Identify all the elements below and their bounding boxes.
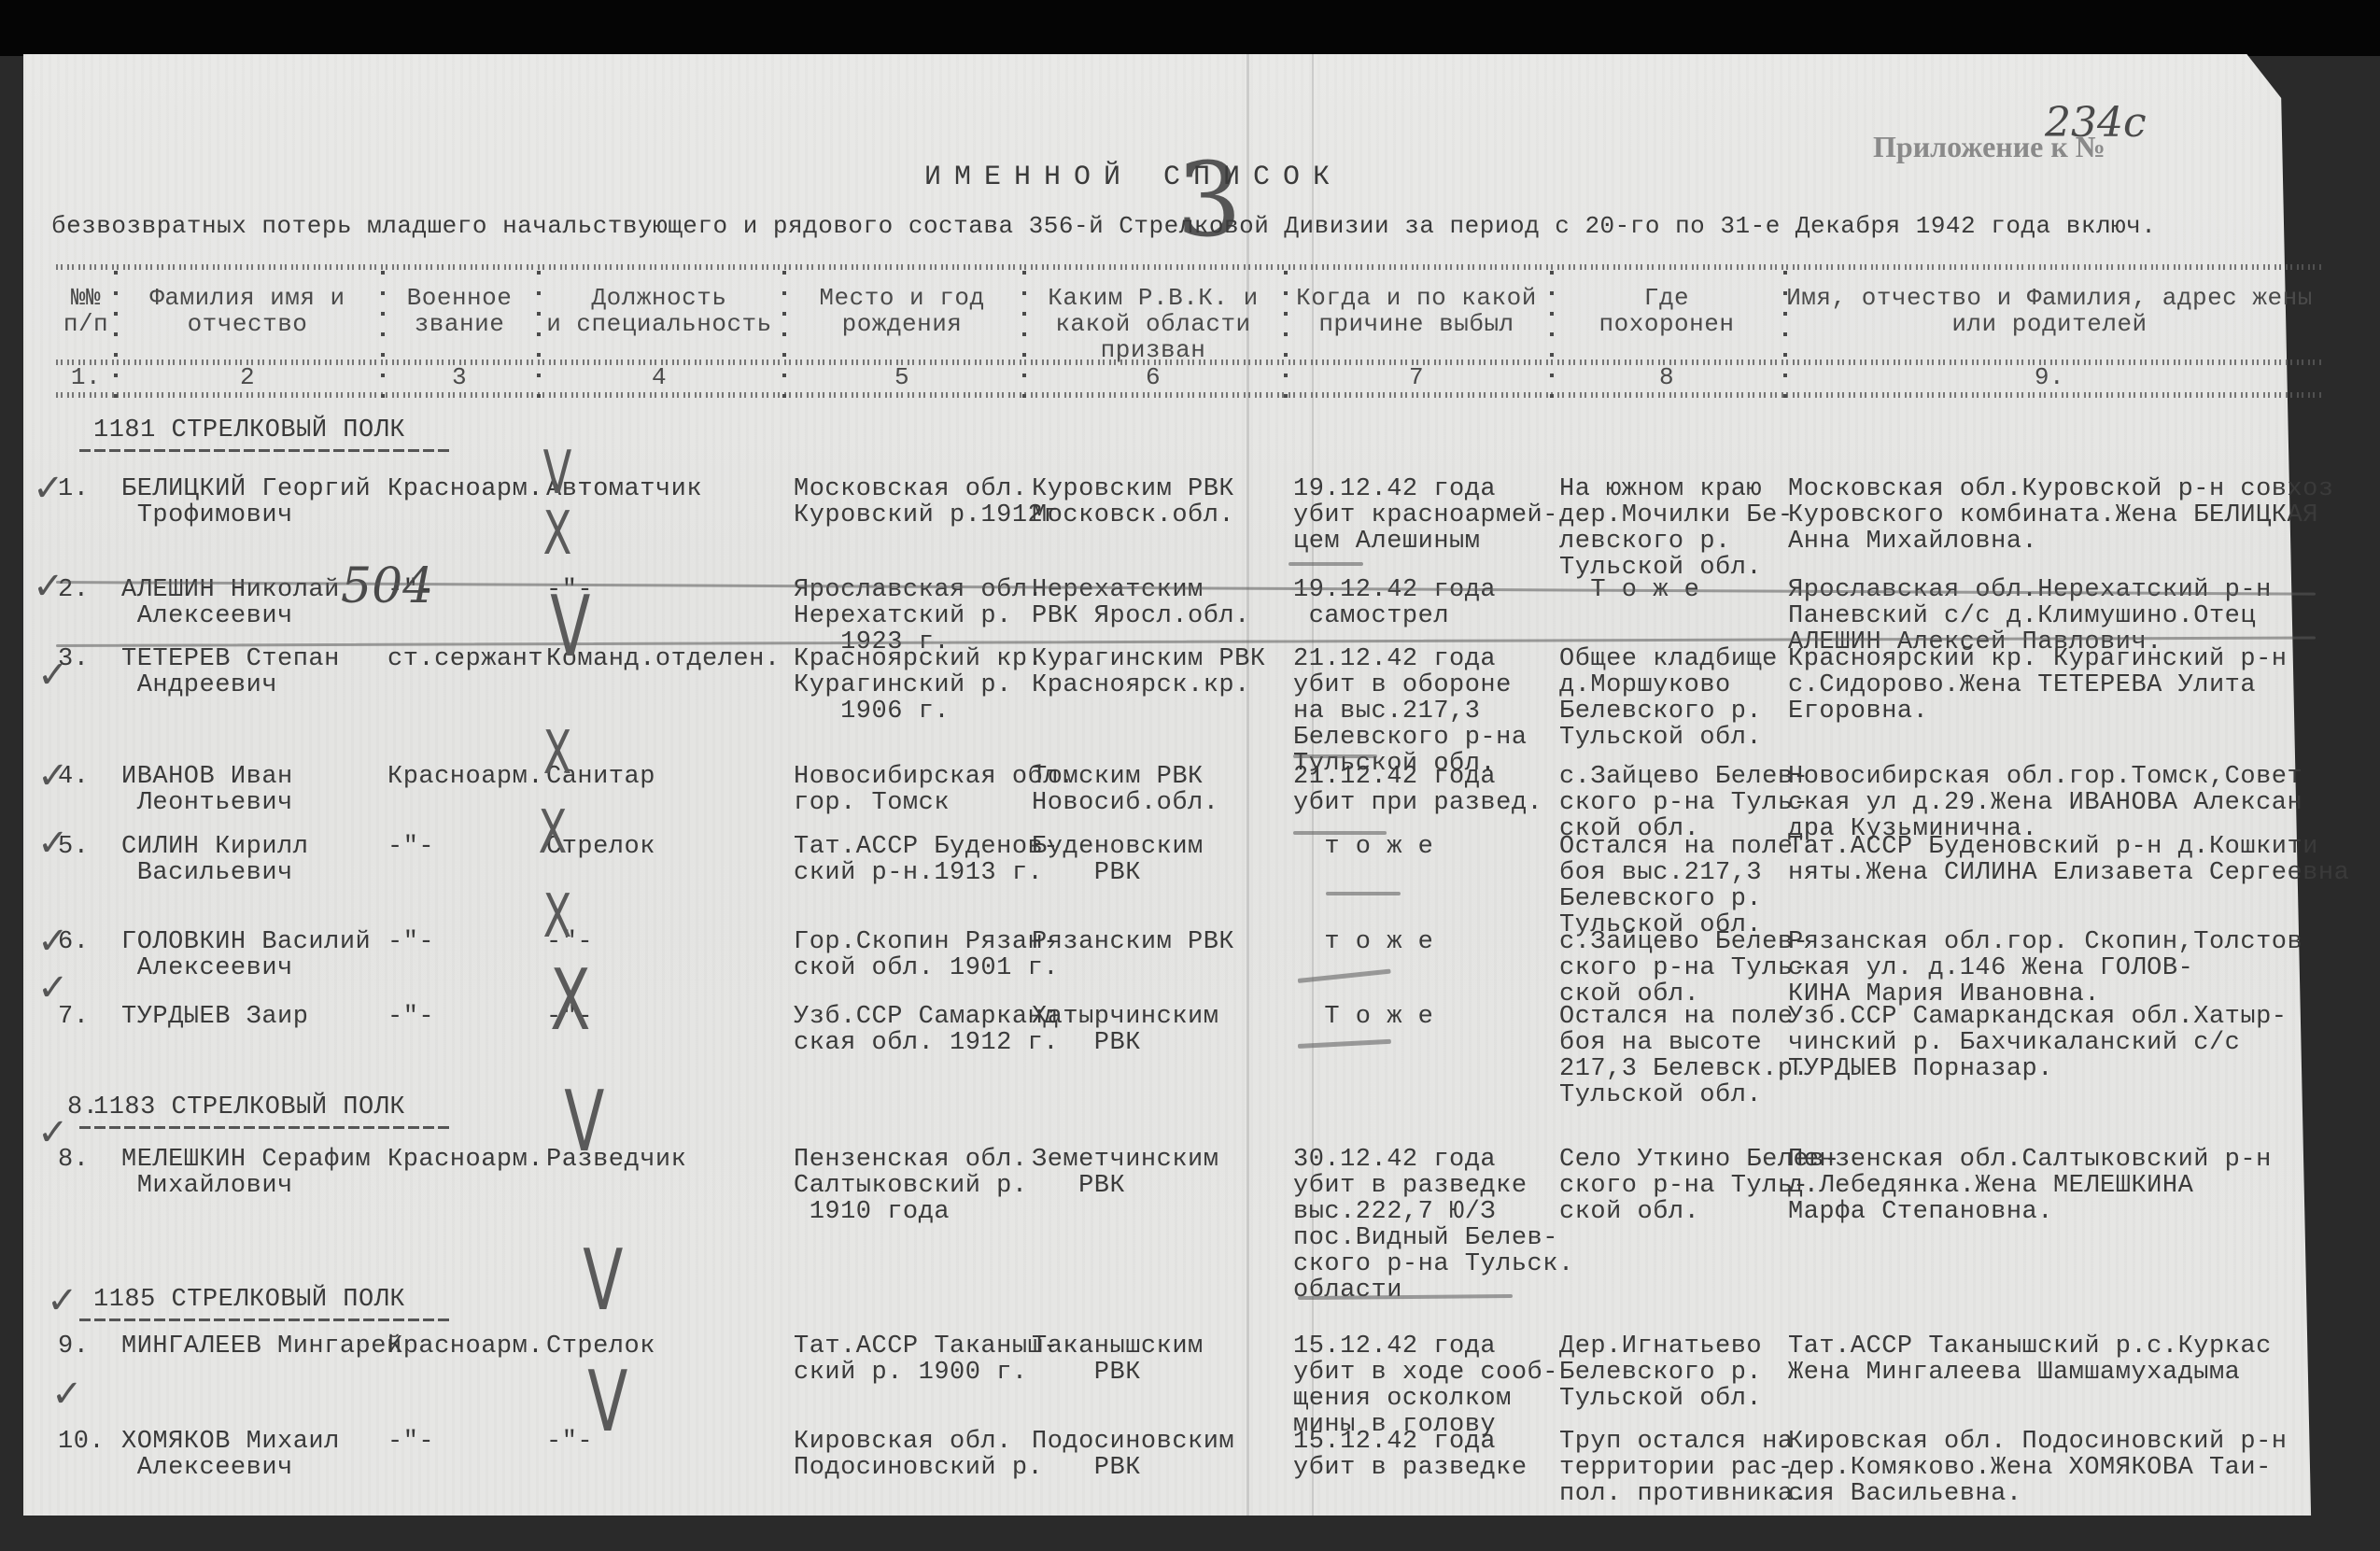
cell-col-rvk: Буденовским РВК [1032, 834, 1204, 886]
cell-col-buried: Остался на поле боя на высоте 217,3 Беле… [1559, 1004, 1809, 1108]
column-number-col-rvk: 6 [1146, 364, 1161, 390]
header-rule-bottom [56, 392, 2324, 398]
cell-col-buried: с.Зайцево Белев- ского р-на Туль- ской о… [1559, 929, 1809, 1008]
cell-col-when: 19.12.42 года убит красноармей- цем Алеш… [1293, 476, 1558, 555]
check-mark-icon: V [564, 1093, 604, 1152]
check-mark-icon: X [543, 724, 572, 783]
scan-background [0, 0, 2380, 56]
cell-col-name: ТЕТЕРЕВ Степан Андреевич [121, 646, 340, 698]
column-header-col-when: Когда и по какой причине выбыл [1296, 285, 1537, 337]
column-header-col-rvk: Каким Р.В.К. и какой области призван [1048, 285, 1258, 363]
cell-col-birth: Пензенская обл. Салтыковский р. 1910 год… [794, 1147, 1028, 1225]
cell-col-kin: Рязанская обл.гор. Скопин,Толстов ская у… [1788, 929, 2303, 1008]
cell-col-buried: с.Зайцево Белев- ского р-на Туль- ской о… [1559, 764, 1809, 842]
column-number-col-rank: 3 [452, 364, 467, 390]
regiment-underline [79, 1318, 453, 1321]
column-header-col-num: №№ п/п [63, 285, 108, 337]
page-subtitle: безвозвратных потерь младшего начальству… [51, 213, 2156, 239]
column-number-col-name: 2 [240, 364, 255, 390]
cell-col-birth: Красноярский кр. Курагинский р. 1906 г. [794, 646, 1043, 725]
regiment-underline [79, 1126, 453, 1129]
cell-col-rvk: Рязанским РВК [1032, 929, 1234, 955]
tick-icon: ✓ [33, 565, 64, 608]
cell-col-buried: Остался на поле боя выс.217,3 Белевского… [1559, 834, 1794, 938]
tick-icon: ✓ [37, 1111, 69, 1154]
column-header-col-position: Должность и специальность [546, 285, 772, 337]
cell-col-kin: Пензенская обл.Салтыковский р-н д.Лебедя… [1788, 1147, 2272, 1225]
column-number-col-position: 4 [652, 364, 667, 390]
cell-col-when: 19.12.42 года самострел [1293, 577, 1496, 629]
cell-col-rvk: Таканышским РВК [1032, 1333, 1204, 1386]
cell-col-birth: Тат.АССР Таканыш- ский р. 1900 г. [794, 1333, 1059, 1386]
tick-icon: ✓ [37, 920, 69, 963]
cell-col-kin: Новосибирская обл.гор.Томск,Совет ская у… [1788, 764, 2303, 842]
cell-col-when: Т о ж е [1293, 1004, 1433, 1030]
cell-col-num: 9. [58, 1333, 89, 1360]
check-mark-icon: V [583, 1251, 623, 1311]
cell-col-kin: Кировская обл. Подосиновский р-н дер.Ком… [1788, 1429, 2287, 1507]
cell-col-rvk: Томским РВК Новосиб.обл. [1032, 764, 1218, 816]
regiment-heading: 1181 СТРЕЛКОВЫЙ ПОЛК [93, 417, 405, 444]
column-number-col-num: 1. [71, 364, 101, 390]
cell-col-rvk: Хатырчинским РВК [1032, 1004, 1218, 1056]
cell-col-rank: Красноарм. [387, 476, 543, 502]
cell-col-kin: Тат.АССР Таканышский р.с.Куркас Жена Мин… [1788, 1333, 2272, 1386]
column-separator [782, 271, 786, 402]
column-separator [1022, 271, 1026, 402]
cell-col-rank: Красноарм. [387, 1333, 543, 1360]
header-rule-top [56, 264, 2324, 270]
cell-col-name: СИЛИН Кирилл Васильевич [121, 834, 308, 886]
cell-col-when: т о ж е [1293, 834, 1433, 860]
cell-col-kin: Московская обл.Куровской р-н совхоз Куро… [1788, 476, 2334, 555]
cell-col-rank: ст.сержант [387, 646, 543, 672]
cell-col-name: ТУРДЫЕВ Заир [121, 1004, 308, 1030]
cell-col-name: МИНГАЛЕЕВ Мингарей [121, 1333, 402, 1360]
column-separator [537, 271, 541, 402]
cell-col-buried: На южном краю дер.Мочилки Бе- левского р… [1559, 476, 1794, 581]
cell-col-kin: Узб.ССР Самаркандская обл.Хатыр- чинский… [1788, 1004, 2287, 1082]
cell-col-kin: Красноярский кр. Курагинский р-н с.Сидор… [1788, 646, 2287, 725]
cell-col-name: МЕЛЕШКИН Серафим Михайлович [121, 1147, 371, 1199]
cell-col-rvk: Куровским РВК Московск.обл. [1032, 476, 1234, 529]
cell-col-birth: Кировская обл. Подосиновский р. [794, 1429, 1043, 1481]
cell-col-when: 15.12.42 года убит в ходе сооб- щения ос… [1293, 1333, 1558, 1438]
cell-col-buried: Труп остался на территории рас- пол. про… [1559, 1429, 1809, 1507]
cell-col-name: ХОМЯКОВ Михаил Алексеевич [121, 1429, 340, 1481]
check-mark-icon: V [587, 1373, 627, 1432]
tick-icon: ✓ [37, 754, 69, 797]
column-header-col-name: Фамилия имя и отчество [149, 285, 345, 337]
check-mark-icon: X [550, 971, 590, 1031]
tick-icon: ✓ [37, 966, 69, 1009]
column-header-col-buried: Где похоронен [1599, 285, 1735, 337]
cell-col-rvk: Нерехатским РВК Яросл.обл. [1032, 577, 1250, 629]
margin-number: 8. [67, 1094, 98, 1121]
tick-icon: ✓ [33, 467, 64, 510]
cell-col-rvk: Земетчинским РВК [1032, 1147, 1218, 1199]
cell-col-num: 10. [58, 1429, 105, 1455]
check-mark-icon: X [543, 887, 572, 947]
column-number-col-buried: 8 [1659, 364, 1674, 390]
check-mark-icon: X [543, 504, 572, 564]
check-mark-icon: V [543, 444, 572, 503]
pencil-strike [1293, 754, 1377, 758]
check-mark-icon: V [550, 598, 590, 657]
column-header-col-birth: Место и год рождения [819, 285, 984, 337]
column-header-col-rank: Военное звание [407, 285, 513, 337]
sheet-number: 3 [1176, 140, 1242, 260]
tick-icon: ✓ [51, 1373, 83, 1416]
tick-icon: ✓ [47, 1279, 78, 1322]
cell-col-rank: Красноарм. [387, 764, 543, 790]
column-separator [114, 271, 118, 402]
cell-col-rank: -"- [387, 1004, 434, 1030]
column-separator [1284, 271, 1288, 402]
tick-icon: ✓ [37, 822, 69, 865]
appendix-number: 234с [2045, 99, 2147, 147]
tick-icon: ✓ [37, 654, 69, 697]
cell-col-buried: Общее кладбище д.Моршуково Белевского р.… [1559, 646, 1778, 751]
cell-col-kin: Ярославская обл.Нерехатский р-н Паневски… [1788, 577, 2272, 656]
cell-col-name: ИВАНОВ Иван Леонтьевич [121, 764, 293, 816]
cell-col-when: 21.12.42 года убит при развед. [1293, 764, 1542, 816]
cell-col-when: т о ж е [1293, 929, 1433, 955]
column-number-col-birth: 5 [894, 364, 909, 390]
cell-col-rank: Красноарм. [387, 1147, 543, 1173]
cell-col-birth: Узб.ССР Самарканд ская обл. 1912 г. [794, 1004, 1059, 1056]
cell-col-when: 15.12.42 года убит в разведке [1293, 1429, 1528, 1481]
cell-col-rvk: Курагинским РВК Красноярск.кр. [1032, 646, 1266, 698]
cell-col-rvk: Подосиновским РВК [1032, 1429, 1234, 1481]
cell-col-rank: -"- [387, 1429, 434, 1455]
page-title: ИМЕННОЙ СПИСОК [924, 164, 1343, 190]
cell-col-buried: Дер.Игнатьево Белевского р. Тульской обл… [1559, 1333, 1762, 1412]
cell-col-birth: Гор.Скопин Рязан- ской обл. 1901 г. [794, 929, 1059, 981]
cell-col-birth: Тат.АССР Буденов- ский р-н.1913 г. [794, 834, 1059, 886]
column-header-col-kin: Имя, отчество и Фамилия, адрес жены или … [1786, 285, 2313, 337]
pencil-strike [1293, 831, 1387, 835]
check-mark-icon: X [539, 803, 568, 863]
pencil-strike [1289, 562, 1363, 566]
pencil-strike [1326, 892, 1401, 895]
column-number-col-kin: 9. [2035, 364, 2064, 390]
regiment-underline [79, 449, 453, 452]
margin-note: 504 [341, 558, 433, 614]
cell-col-position: -"- [546, 1429, 593, 1455]
column-number-col-when: 7 [1409, 364, 1424, 390]
cell-col-when: 30.12.42 года убит в разведке выс.222,7 … [1293, 1147, 1574, 1304]
paper-fold [1246, 54, 1249, 1516]
column-separator [381, 271, 385, 402]
regiment-heading: 1183 СТРЕЛКОВЫЙ ПОЛК [93, 1094, 405, 1121]
regiment-heading: 1185 СТРЕЛКОВЫЙ ПОЛК [93, 1287, 405, 1313]
column-separator [1550, 271, 1554, 402]
cell-col-kin: Тат.АССР Буденовский р-н д.Кошкити няты.… [1788, 834, 2349, 886]
cell-col-rank: -"- [387, 834, 434, 860]
cell-col-name: БЕЛИЦКИЙ Георгий Трофимович [121, 476, 371, 529]
cell-col-rank: -"- [387, 929, 434, 955]
cell-col-birth: Московская обл. Куровский р.1912г [794, 476, 1059, 529]
cell-col-name: ГОЛОВКИН Василий Алексеевич [121, 929, 371, 981]
